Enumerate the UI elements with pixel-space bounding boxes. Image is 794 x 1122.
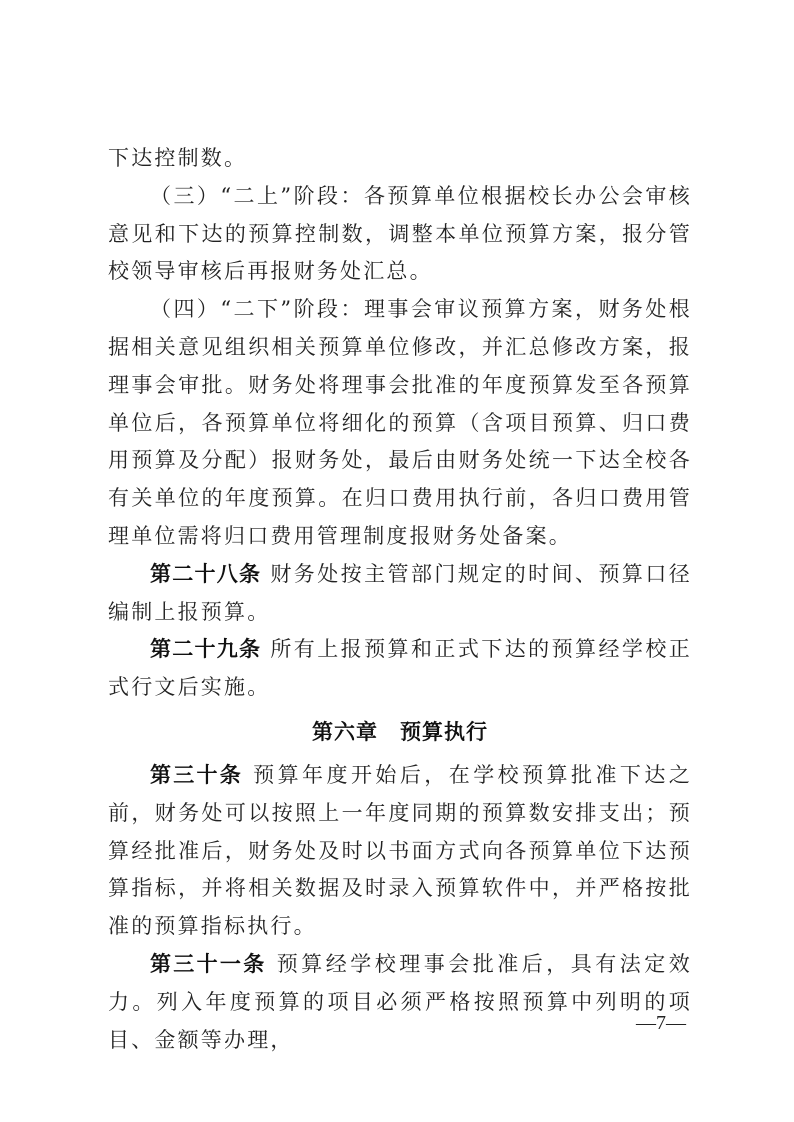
paragraph-continuation: 下达控制数。 <box>108 140 692 178</box>
article-28: 第二十八条 财务处按主管部门规定的时间、预算口径编制上报预算。 <box>108 556 692 632</box>
paragraph-text: 下达控制数。 <box>108 146 247 170</box>
article-31: 第三十一条 预算经学校理事会批准后，具有法定效力。列入年度预算的项目必须严格按照… <box>108 946 692 1059</box>
chapter-number: 第六章 <box>312 720 378 744</box>
article-29: 第二十九条 所有上报预算和正式下达的预算经学校正式行文后实施。 <box>108 631 692 707</box>
page-number: —7— <box>636 1012 686 1035</box>
paragraph-stage-three: （三）“二上”阶段：各预算单位根据校长办公会审核意见和下达的预算控制数，调整本单… <box>108 178 692 291</box>
article-number: 第二十八条 <box>150 562 261 586</box>
article-30: 第三十条 预算年度开始后，在学校预算批准下达之前，财务处可以按照上一年度同期的预… <box>108 757 692 946</box>
paragraph-text: （三）“二上”阶段：各预算单位根据校长办公会审核意见和下达的预算控制数，调整本单… <box>108 184 692 284</box>
paragraph-text: （四）“二下”阶段：理事会审议预算方案，财务处根据相关意见组织相关预算单位修改，… <box>108 297 692 548</box>
chapter-title: 预算执行 <box>400 720 488 744</box>
document-page: 下达控制数。 （三）“二上”阶段：各预算单位根据校长办公会审核意见和下达的预算控… <box>0 0 794 1122</box>
paragraph-stage-four: （四）“二下”阶段：理事会审议预算方案，财务处根据相关意见组织相关预算单位修改，… <box>108 291 692 556</box>
article-number: 第三十条 <box>150 763 243 787</box>
article-number: 第二十九条 <box>150 637 261 661</box>
article-text: 预算年度开始后，在学校预算批准下达之前，财务处可以按照上一年度同期的预算数安排支… <box>108 763 692 938</box>
chapter-heading: 第六章预算执行 <box>108 713 692 751</box>
article-number: 第三十一条 <box>150 952 267 976</box>
document-body: 下达控制数。 （三）“二上”阶段：各预算单位根据校长办公会审核意见和下达的预算控… <box>108 140 692 1059</box>
